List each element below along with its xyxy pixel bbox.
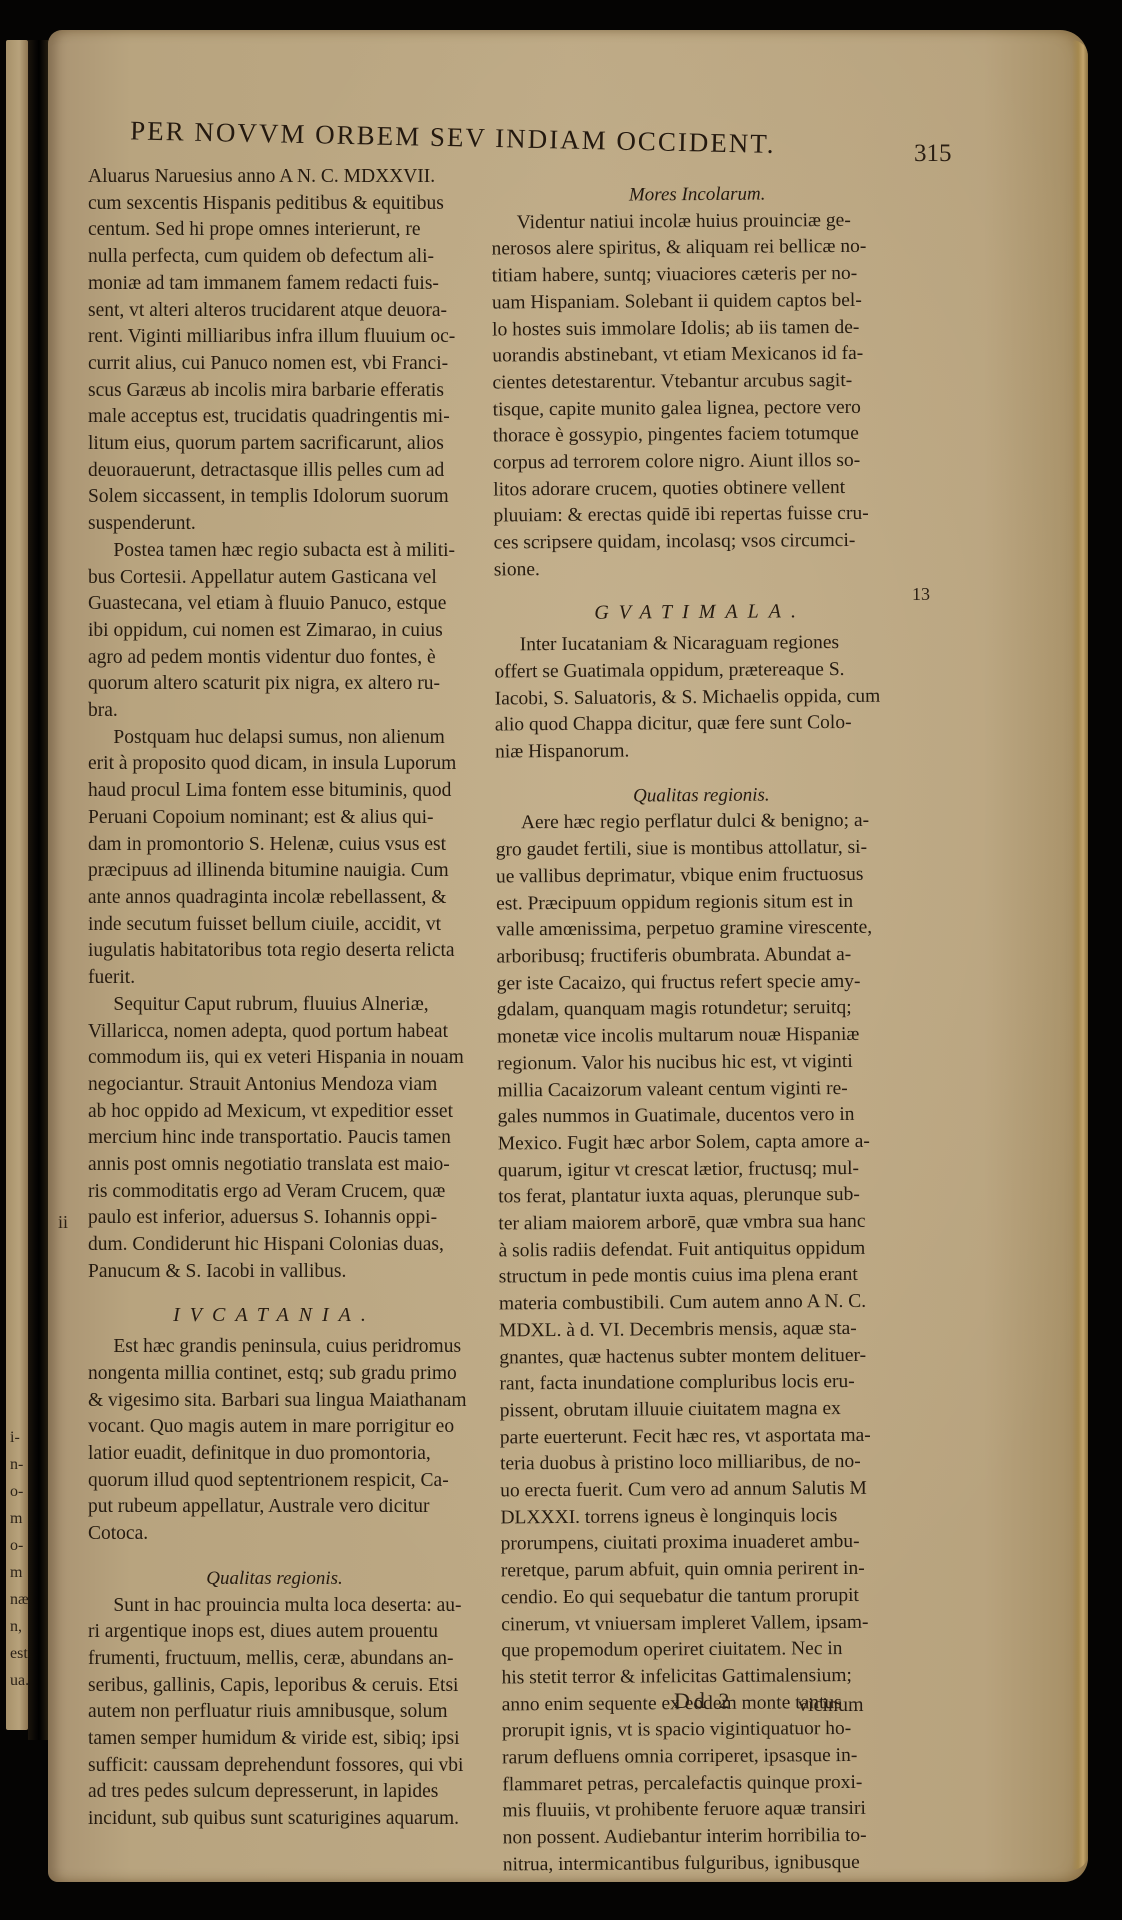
text-line: latior euadit, definitque in duo promont… xyxy=(88,1441,461,1468)
text-line: uam Hispaniam. Solebant ii quidem captos… xyxy=(492,287,904,317)
text-line: put rubeum appellatur, Australe vero dic… xyxy=(88,1494,461,1521)
text-line: commodum iis, qui ex veteri Hispania in … xyxy=(88,1045,461,1072)
text-line: tisque, capite munito galea lignea, pect… xyxy=(493,394,905,424)
text-line: ante annos quadraginta incolæ rebellasse… xyxy=(88,885,461,912)
previous-page-text-fragment: næ xyxy=(10,1592,29,1608)
text-line: ces scripsere quidam, incolasq; vsos cir… xyxy=(494,528,906,558)
previous-page-text-fragment: n, xyxy=(10,1619,22,1635)
text-line: Guastecana, vel etiam à fluuio Panuco, e… xyxy=(88,591,461,618)
text-line: autem non perfluatur riuis amnibusque, s… xyxy=(88,1699,461,1726)
text-line: Cotoca. xyxy=(88,1521,461,1548)
text-line: litum eius, quorum partem sacrificarunt,… xyxy=(88,431,461,458)
text-line: gnantes, quæ hactenus subter montem deli… xyxy=(499,1342,911,1372)
text-line: suspenderunt. xyxy=(88,511,461,538)
text-line: quorum illud quod septentrionem respicit… xyxy=(88,1468,461,1495)
text-line: cinerum, vt vniuersam impleret Vallem, i… xyxy=(501,1609,913,1639)
text-line: negociantur. Strauit Antonius Mendoza vi… xyxy=(88,1072,461,1099)
text-line: regionum. Valor his nucibus hic est, vt … xyxy=(497,1048,909,1078)
text-line: Peruani Copoium nominant; est & alius qu… xyxy=(88,805,461,832)
text-line: Aere hæc regio perflatur dulci & benigno… xyxy=(495,808,907,838)
left-column: Aluarus Naruesius anno A N. C. MDXXVII.c… xyxy=(88,164,461,1833)
previous-page-edge: i-n-o-mo-mnæn,estua. xyxy=(6,40,28,1730)
text-line: rant, facta inundatione compluribus loci… xyxy=(499,1369,911,1399)
text-line: pissent, obrutam illuuie ciuitatem magna… xyxy=(500,1395,912,1425)
text-line: litos adorare crucem, quoties obtinere v… xyxy=(493,474,905,504)
text-line: gro gaudet fertili, siue is montibus att… xyxy=(496,835,908,865)
text-line: paulo est inferior, aduersus S. Iohannis… xyxy=(88,1205,461,1232)
text-line: rent. Viginti milliaribus infra illum fl… xyxy=(88,324,461,351)
text-line: ri argentique inops est, diues autem pro… xyxy=(88,1619,461,1646)
text-line: ue vallibus deprimatur, vbique enim fruc… xyxy=(496,861,908,891)
text-line: alio quod Chappa dicitur, quæ fere sunt … xyxy=(495,710,907,740)
subsection-heading: Qualitas regionis. xyxy=(88,1566,461,1593)
text-line: bra. xyxy=(88,698,461,725)
text-line: dum. Condiderunt hic Hispani Colonias du… xyxy=(88,1232,461,1259)
right-column: Mores Incolarum.Videntur natiui incolæ h… xyxy=(491,177,915,1879)
text-line: fuerit. xyxy=(88,965,461,992)
paragraph: Inter Iucataniam & Nicaraguam regionesof… xyxy=(494,630,907,766)
text-line: dam in promontorio S. Helenæ, cuius vsus… xyxy=(88,832,461,859)
text-line: incidunt, sub quibus sunt scaturigines a… xyxy=(88,1806,461,1833)
text-line: quarum, igitur vt crescat lætior, fructu… xyxy=(498,1155,910,1185)
text-line: vocant. Quo magis autem in mare porrigit… xyxy=(88,1414,461,1441)
text-line: niæ Hispanorum. xyxy=(495,737,907,767)
text-line: DLXXXI. torrens igneus è longinquis loci… xyxy=(500,1502,912,1532)
text-line: structum in pede montis cuius ima plena … xyxy=(499,1262,911,1292)
text-line: Panucum & S. Iacobi in vallibus. xyxy=(88,1259,461,1286)
margin-note-left: ii xyxy=(58,1212,68,1233)
text-line: ter aliam maiorem arborē, quæ vmbra sua … xyxy=(498,1209,910,1239)
previous-page-text-fragment: ua. xyxy=(10,1673,29,1689)
text-line: cum sexcentis Hispanis peditibus & equit… xyxy=(88,191,461,218)
text-line: annis post omnis negotiatio translata es… xyxy=(88,1152,461,1179)
text-line: Est hæc grandis peninsula, cuius peridro… xyxy=(88,1334,461,1361)
previous-page-text-fragment: o- xyxy=(10,1538,23,1554)
text-line: Solem siccassent, in templis Idolorum su… xyxy=(88,484,461,511)
text-line: moniæ ad tam immanem famem redacti fuis- xyxy=(88,271,461,298)
text-line: scus Garæus ab incolis mira barbarie eff… xyxy=(88,378,461,405)
text-line: sufficit: caussam deprehendunt fossores,… xyxy=(88,1753,461,1780)
previous-page-text-fragment: est xyxy=(10,1646,28,1662)
text-line: flammaret petras, percalefactis quinque … xyxy=(502,1769,914,1799)
paragraph: Postquam huc delapsi sumus, non alienume… xyxy=(88,725,461,992)
text-line: tamen semper humidum & viride est, sibiq… xyxy=(88,1726,461,1753)
paragraph: Aere hæc regio perflatur dulci & benigno… xyxy=(495,808,914,1879)
text-line: rarum defluens omnia corriperet, ipsasqu… xyxy=(502,1743,914,1773)
catchword: vicinum xyxy=(798,1694,864,1717)
previous-page-text-fragment: i- xyxy=(10,1430,20,1446)
text-line: est. Præcipuum oppidum regionis situm es… xyxy=(496,888,908,918)
text-line: reretque, parum abfuit, quin omnia perir… xyxy=(501,1556,913,1586)
text-line: centum. Sed hi prope omnes interierunt, … xyxy=(88,217,461,244)
text-line: seribus, gallinis, Capis, leporibus & ce… xyxy=(88,1673,461,1700)
text-line: titiam habere, suntq; viuaciores cæteris… xyxy=(492,261,904,291)
paragraph: Sequitur Caput rubrum, fluuius Alneriæ,V… xyxy=(88,992,461,1286)
text-line: monetæ vice incolis multarum nouæ Hispan… xyxy=(497,1022,909,1052)
text-line: prorumpens, ciuitati proxima inuaderet a… xyxy=(501,1529,913,1559)
text-line: ger iste Cacaizo, qui fructus refert spe… xyxy=(497,968,909,998)
text-line: millia Cacaizorum valeant centum viginti… xyxy=(497,1075,909,1105)
text-line: ibi oppidum, cui nomen est Zimarao, in c… xyxy=(88,618,461,645)
text-line: bus Cortesii. Appellatur autem Gasticana… xyxy=(88,565,461,592)
text-line: deuorauerunt, detractasque illis pelles … xyxy=(88,458,461,485)
margin-note-right: 13 xyxy=(912,584,930,605)
page-fore-edge xyxy=(1072,40,1088,1870)
text-line: que propemodum operiret ciuitatem. Nec i… xyxy=(501,1636,913,1666)
text-line: ad tres pedes sulcum depresserunt, in la… xyxy=(88,1779,461,1806)
text-line: Inter Iucataniam & Nicaraguam regiones xyxy=(494,630,906,660)
text-line: Sequitur Caput rubrum, fluuius Alneriæ, xyxy=(88,992,461,1019)
text-line: valle amœnissima, perpetuo gramine vires… xyxy=(496,915,908,945)
text-line: offert se Guatimala oppidum, prætereaque… xyxy=(494,657,906,687)
previous-page-text-fragment: m xyxy=(10,1565,22,1581)
previous-page-text-fragment: n- xyxy=(10,1457,23,1473)
text-line: mis fluuiis, vt prohibente feruore aquæ … xyxy=(502,1796,914,1826)
text-line: quorum altero scaturit pix nigra, ex alt… xyxy=(88,671,461,698)
text-line: tos ferat, plantatur iuxta aquas, plerun… xyxy=(498,1182,910,1212)
text-line: & vigesimo sita. Barbari sua lingua Maia… xyxy=(88,1388,461,1415)
text-line: materia combustibili. Cum autem anno A N… xyxy=(499,1289,911,1319)
text-line: non possent. Audiebantur interim horribi… xyxy=(503,1823,915,1853)
section-heading: IVCATANIA. xyxy=(88,1302,461,1329)
text-line: mercium hinc inde transportatio. Paucis … xyxy=(88,1125,461,1152)
text-line: prorupit ignis, vt is spacio vigintiquat… xyxy=(502,1716,914,1746)
text-line: Mexico. Fugit hæc arbor Solem, capta amo… xyxy=(498,1128,910,1158)
text-line: Videntur natiui incolæ huius prouinciæ g… xyxy=(491,207,903,237)
text-line: nongenta millia continet, estq; sub grad… xyxy=(88,1361,461,1388)
text-line: nulla perfecta, cum quidem ob defectum a… xyxy=(88,244,461,271)
paragraph: Videntur natiui incolæ huius prouinciæ g… xyxy=(491,207,906,584)
subsection-heading: Mores Incolarum. xyxy=(491,181,903,211)
text-line: erit à proposito quod dicam, in insula L… xyxy=(88,751,461,778)
text-line: Aluarus Naruesius anno A N. C. MDXXVII. xyxy=(88,164,461,191)
signature-mark: Dd 2 xyxy=(674,1688,733,1714)
text-line: à solis radiis defendat. Fuit antiquitus… xyxy=(498,1235,910,1265)
text-line: sione. xyxy=(494,554,906,584)
text-line: uorandis abstinebant, vt etiam Mexicanos… xyxy=(492,341,904,371)
text-line: Villaricca, nomen adepta, quod portum ha… xyxy=(88,1019,461,1046)
text-line: frumenti, fructuum, mellis, ceræ, abunda… xyxy=(88,1646,461,1673)
text-line: Postquam huc delapsi sumus, non alienum xyxy=(88,725,461,752)
text-line: teria duobus à pristino loco milliaribus… xyxy=(500,1449,912,1479)
text-line: Postea tamen hæc regio subacta est à mil… xyxy=(88,538,461,565)
paragraph: Postea tamen hæc regio subacta est à mil… xyxy=(88,538,461,725)
paragraph: Sunt in hac prouincia multa loca deserta… xyxy=(88,1593,461,1833)
previous-page-text-fragment: m xyxy=(10,1511,22,1527)
text-line: parte euerterunt. Fecit hæc res, vt aspo… xyxy=(500,1422,912,1452)
text-line: gales nummos in Guatimale, ducentos vero… xyxy=(498,1102,910,1132)
text-line: nitrua, intermicantibus fulguribus, igni… xyxy=(503,1849,915,1879)
text-line: lo hostes suis immolare Idolis; ab iis t… xyxy=(492,314,904,344)
text-line: uo erecta fuerit. Cum vero ad annum Salu… xyxy=(500,1476,912,1506)
text-line: ris commoditatis ergo ad Veram Crucem, q… xyxy=(88,1179,461,1206)
text-line: cientes detestarentur. Vtebantur arcubus… xyxy=(492,367,904,397)
book-gutter xyxy=(28,40,50,1740)
text-line: nerosos alere spiritus, & aliquam rei be… xyxy=(491,234,903,264)
text-line: iugulatis habitatoribus tota regio deser… xyxy=(88,938,461,965)
text-line: pluuiam: & erectas quidē ibi repertas fu… xyxy=(493,501,905,531)
text-line: corpus ad terrorem colore nigro. Aiunt i… xyxy=(493,448,905,478)
text-line: gdalam, quanquam magis rotundetur; serui… xyxy=(497,995,909,1025)
paragraph: Est hæc grandis peninsula, cuius peridro… xyxy=(88,1334,461,1548)
text-line: Sunt in hac prouincia multa loca deserta… xyxy=(88,1593,461,1620)
text-line: thorace è gossypio, pingentes faciem tot… xyxy=(493,421,905,451)
subsection-heading: Qualitas regionis. xyxy=(495,781,907,811)
text-line: præcipuus ad illinenda bitumine nauigia.… xyxy=(88,858,461,885)
text-line: Iacobi, S. Saluatoris, & S. Michaelis op… xyxy=(495,683,907,713)
text-line: arboribusq; fructiferis obumbrata. Abund… xyxy=(496,942,908,972)
text-line: agro ad pedem montis videntur duo fontes… xyxy=(88,645,461,672)
text-line: ab hoc oppido ad Mexicum, vt expeditior … xyxy=(88,1099,461,1126)
text-line: currit alius, cui Panuco nomen est, vbi … xyxy=(88,351,461,378)
text-line: sent, vt alteri alteros trucidarent atqu… xyxy=(88,298,461,325)
section-heading: GVATIMALA. xyxy=(494,597,906,627)
text-line: cendio. Eo qui sequebatur die tantum pro… xyxy=(501,1582,913,1612)
previous-page-text-fragment: o- xyxy=(10,1484,23,1500)
text-line: haud procul Lima fontem esse bituminis, … xyxy=(88,778,461,805)
text-line: male acceptus est, trucidatis quadringen… xyxy=(88,404,461,431)
paragraph: Aluarus Naruesius anno A N. C. MDXXVII.c… xyxy=(88,164,461,538)
text-line: inde secutum fuisset bellum ciuile, acci… xyxy=(88,912,461,939)
page-number: 315 xyxy=(914,140,952,168)
text-line: MDXL. à d. VI. Decembris mensis, aquæ st… xyxy=(499,1315,911,1345)
